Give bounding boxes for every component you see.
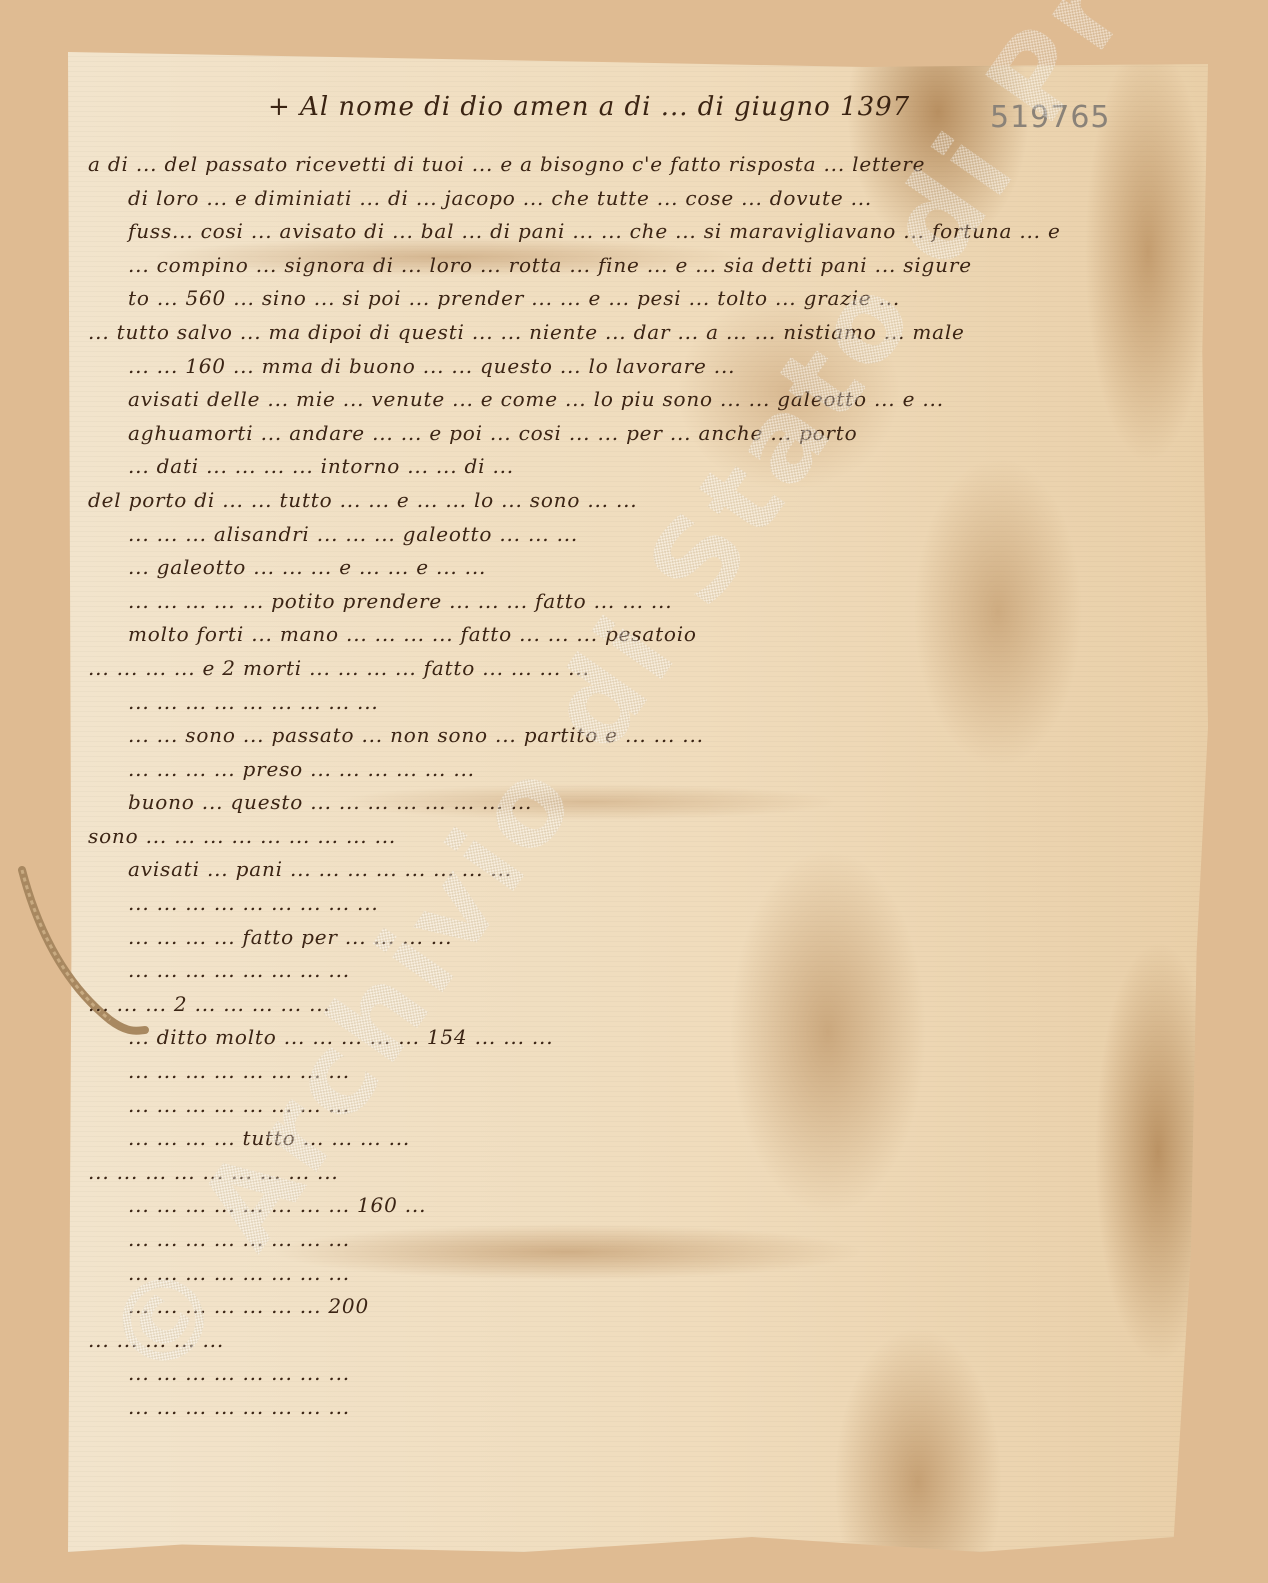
manuscript-line: avisati delle ... mie ... venute ... e c… <box>88 383 1198 417</box>
manuscript-line: avisati ... pani ... ... ... ... ... ...… <box>88 853 1198 887</box>
manuscript-line: del porto di ... ... tutto ... ... e ...… <box>88 484 1198 518</box>
manuscript-line: ... ... ... ... fatto per ... ... ... ..… <box>88 921 1198 955</box>
manuscript-line: sono ... ... ... ... ... ... ... ... ... <box>88 820 1198 854</box>
manuscript-line: ... ... ... ... ... ... ... ... <box>88 954 1198 988</box>
manuscript-line: ... ... ... ... ... ... ... ... <box>88 1391 1198 1425</box>
manuscript-line: ... ... 160 ... mma di buono ... ... que… <box>88 350 1198 384</box>
manuscript-line: to ... 560 ... sino ... si poi ... prend… <box>88 282 1198 316</box>
manuscript-line: ... ... ... 2 ... ... ... ... ... <box>88 988 1198 1022</box>
manuscript-line: ... ... ... ... ... ... ... ... <box>88 1357 1198 1391</box>
manuscript-line: ... ditto molto ... ... ... ... ... 154 … <box>88 1021 1198 1055</box>
manuscript-line: buono ... questo ... ... ... ... ... ...… <box>88 786 1198 820</box>
manuscript-line: fuss... cosi ... avisato di ... bal ... … <box>88 215 1198 249</box>
manuscript-line: ... ... ... ... ... ... ... ... ... <box>88 887 1198 921</box>
manuscript-line: ... dati ... ... ... ... intorno ... ...… <box>88 450 1198 484</box>
manuscript-line: ... compino ... signora di ... loro ... … <box>88 249 1198 283</box>
manuscript-line: ... tutto salvo ... ma dipoi di questi .… <box>88 316 1198 350</box>
manuscript-line: ... ... ... ... preso ... ... ... ... ..… <box>88 753 1198 787</box>
letter-header: + Al nome di dio amen a di ... di giugno… <box>268 92 910 122</box>
manuscript-line: aghuamorti ... andare ... ... e poi ... … <box>88 417 1198 451</box>
manuscript-line: ... ... ... ... ... <box>88 1324 1198 1358</box>
